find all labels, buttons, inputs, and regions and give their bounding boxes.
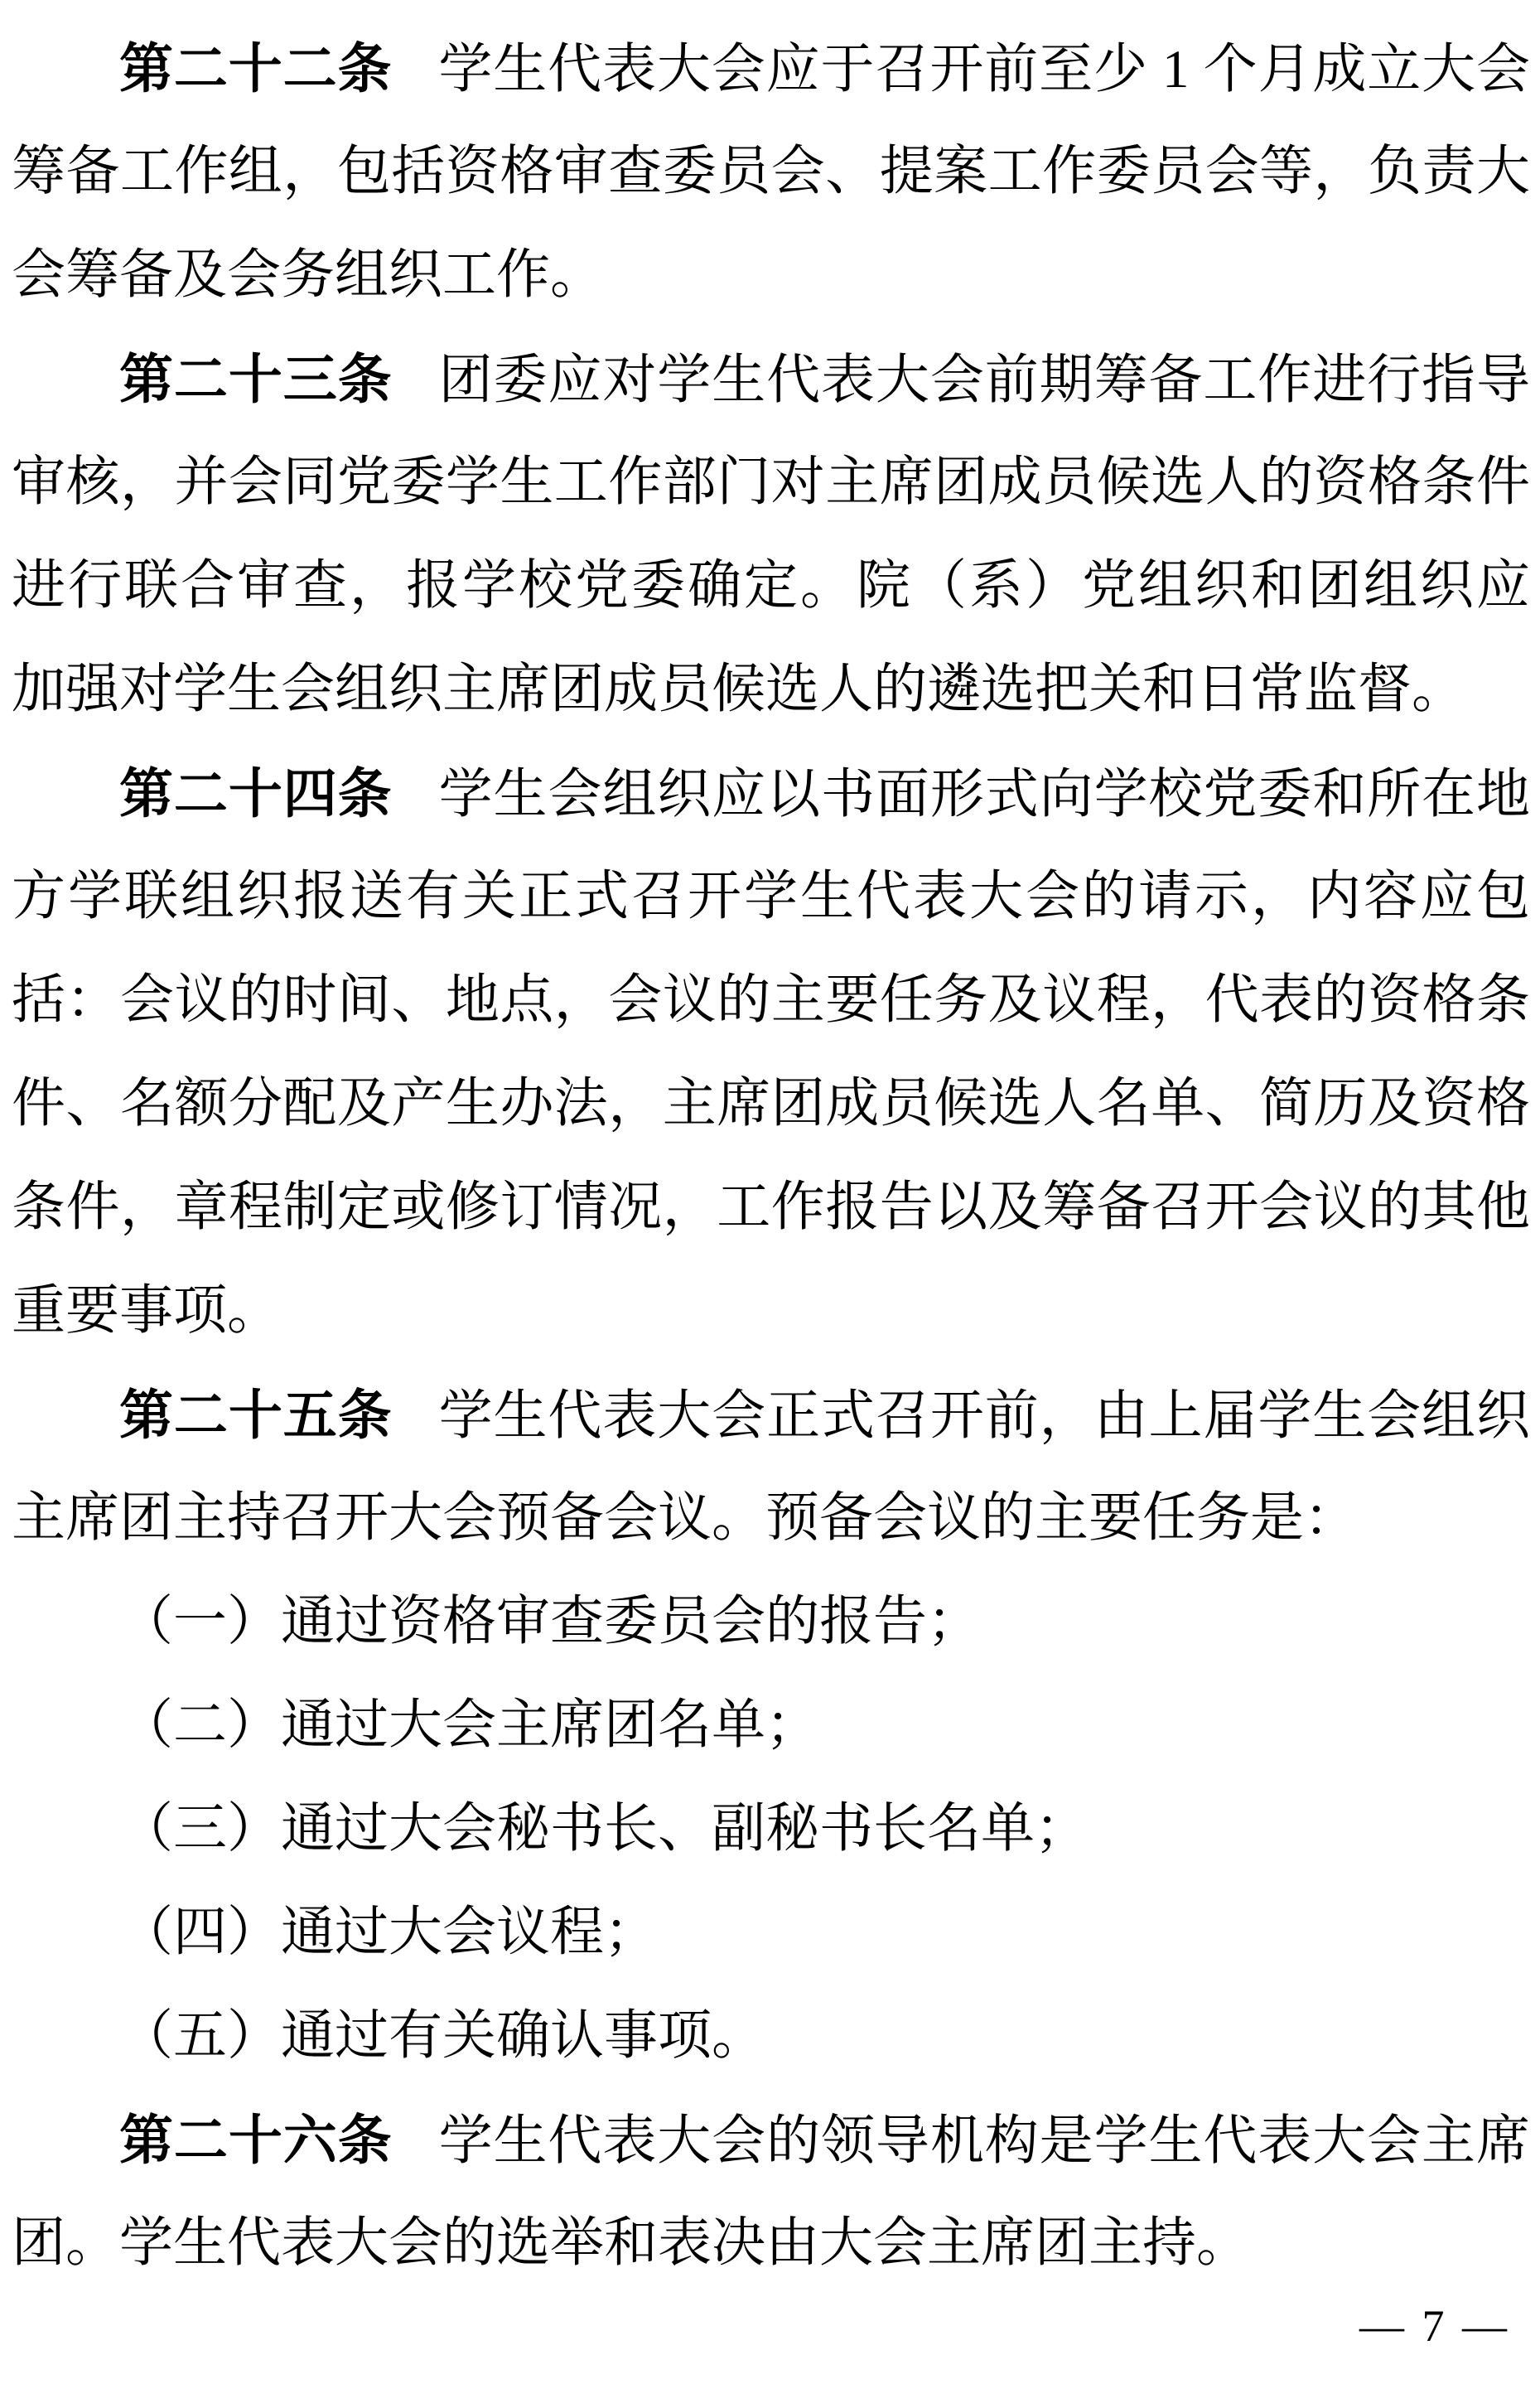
text-line: 审核，并会同党委学生工作部门对主席团成员候选人的资格条件	[12, 431, 1530, 534]
article-number: 第二十二条	[119, 38, 392, 99]
article-number: 第二十五条	[119, 1385, 393, 1445]
page: 第二十二条学生代表大会应于召开前至少 1 个月成立大会筹备工作组，包括资格审查委…	[0, 0, 1540, 2408]
text-line: 括：会议的时间、地点，会议的主要任务及议程，代表的资格条	[12, 949, 1530, 1052]
text-line: 第二十五条学生代表大会正式召开前，由上届学生会组织	[12, 1363, 1530, 1467]
text-line: （三）通过大会秘书长、副秘书长名单；	[12, 1777, 1530, 1881]
article-number: 第二十三条	[119, 349, 393, 409]
text-line: 会筹备及会务组织工作。	[12, 224, 1530, 327]
text-line: （四）通过大会议程；	[12, 1881, 1530, 1985]
text-line: （一）通过资格审查委员会的报告；	[12, 1570, 1530, 1674]
text-line: 第二十三条团委应对学生代表大会前期筹备工作进行指导	[12, 327, 1530, 431]
text-line: 第二十二条学生代表大会应于召开前至少 1 个月成立大会	[12, 17, 1530, 120]
document-body: 第二十二条学生代表大会应于召开前至少 1 个月成立大会筹备工作组，包括资格审查委…	[12, 17, 1530, 2295]
text-line: 条件，章程制定或修订情况，工作报告以及筹备召开会议的其他	[12, 1156, 1530, 1260]
text-line: 团。学生代表大会的选举和表决由大会主席团主持。	[12, 2192, 1530, 2295]
article-number: 第二十六条	[119, 2110, 393, 2170]
article-number: 第二十四条	[119, 763, 393, 824]
text-line: 第二十六条学生代表大会的领导机构是学生代表大会主席	[12, 2088, 1530, 2192]
text-line: 筹备工作组，包括资格审查委员会、提案工作委员会等，负责大	[12, 120, 1530, 224]
text-line: （五）通过有关确认事项。	[12, 1985, 1530, 2088]
text-line: （二）通过大会主席团名单；	[12, 1674, 1530, 1777]
text-line: 件、名额分配及产生办法，主席团成员候选人名单、简历及资格	[12, 1052, 1530, 1156]
text-line: 第二十四条学生会组织应以书面形式向学校党委和所在地	[12, 742, 1530, 845]
text-line: 加强对学生会组织主席团成员候选人的遴选把关和日常监督。	[12, 638, 1530, 742]
page-number: — 7 —	[1359, 2289, 1510, 2363]
text-line: 主席团主持召开大会预备会议。预备会议的主要任务是：	[12, 1467, 1530, 1570]
text-line: 方学联组织报送有关正式召开学生代表大会的请示，内容应包	[12, 845, 1530, 949]
text-line: 重要事项。	[12, 1260, 1530, 1363]
text-line: 进行联合审查，报学校党委确定。院（系）党组织和团组织应	[12, 534, 1530, 638]
